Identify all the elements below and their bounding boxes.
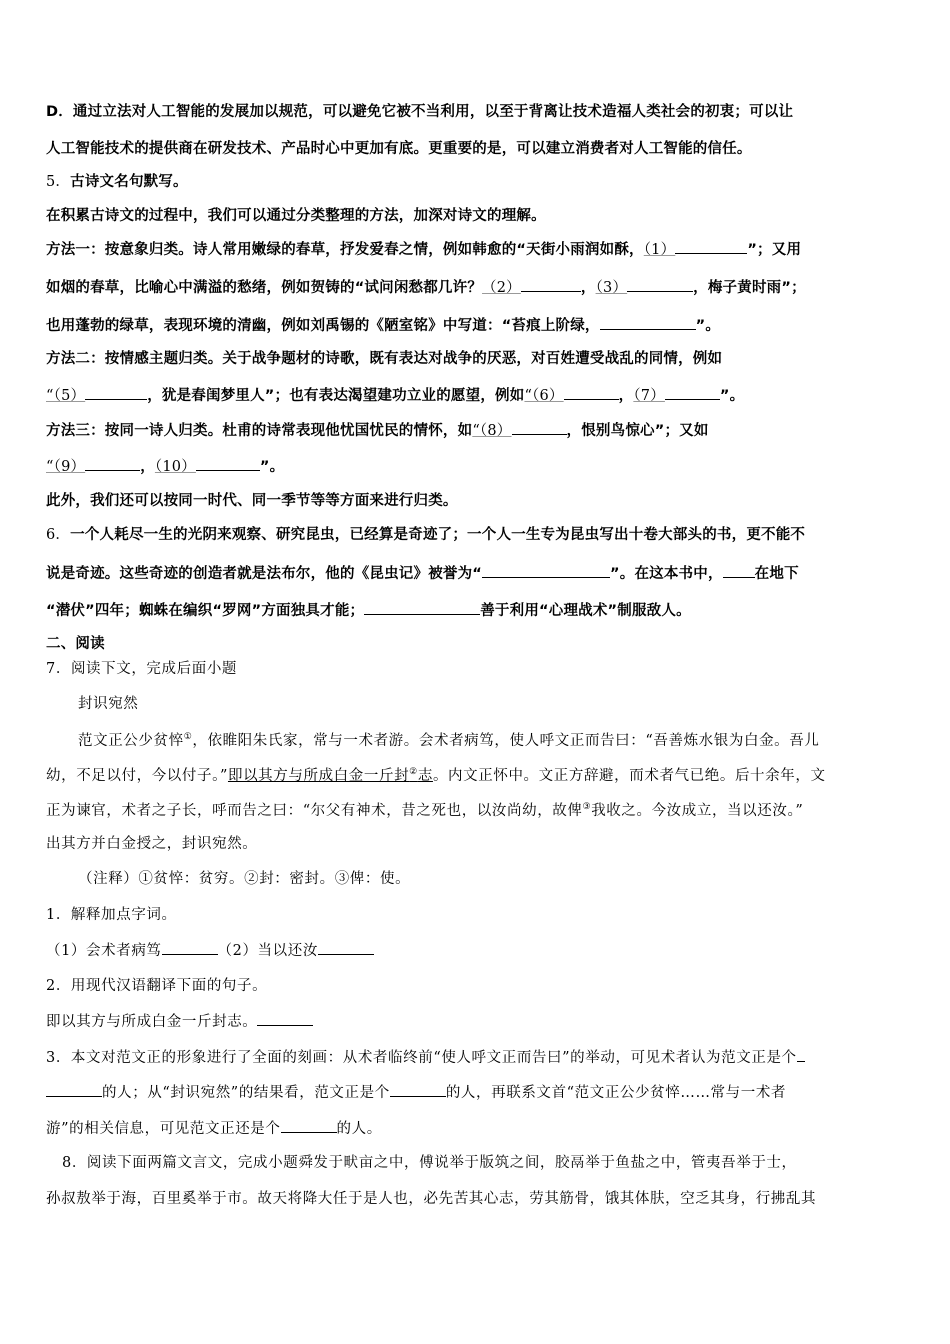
underlined-sentence: 即以其方与所成白金一斤封②志 bbox=[228, 768, 433, 784]
blank-8-label: “（8） bbox=[472, 423, 511, 439]
blank-2-label: （2） bbox=[482, 280, 521, 296]
blank-sub1-1[interactable] bbox=[162, 940, 218, 955]
blank-2[interactable] bbox=[521, 277, 581, 292]
sub-question-2-sentence: 即以其方与所成白金一斤封志。 bbox=[46, 1011, 313, 1032]
passage-line-1: 范文正公少贫悴①，依睢阳朱氏家，常与一术者游。会术者病笃，使人呼文正而告曰：“吾… bbox=[78, 727, 819, 751]
question-5-intro: 在积累古诗文的过程中，我们可以通过分类整理的方法，加深对诗文的理解。 bbox=[46, 206, 546, 226]
text: 。内文正怀中。文正方辞避，而术者气已绝。后十余年，文 bbox=[433, 768, 826, 784]
blank-9[interactable] bbox=[85, 456, 140, 471]
text: ”。 bbox=[696, 318, 720, 334]
method-3-line-2: “（9），（10）”。 bbox=[46, 456, 284, 477]
text: 志 bbox=[418, 768, 433, 784]
sub-question-1: 1．解释加点字词。 bbox=[46, 905, 177, 925]
text: ”。 bbox=[720, 388, 744, 404]
passage-line-4: 出其方并白金授之，封识宛然。 bbox=[46, 834, 257, 854]
text: ， bbox=[140, 459, 155, 475]
blank-9-label: “（9） bbox=[46, 459, 85, 475]
passage-line-3: 正为谏官，术者之子长，呼而告之曰：“尔父有神术，昔之死也，以汝尚幼，故俾③我收之… bbox=[46, 797, 803, 821]
text: ，梅子黄时雨”； bbox=[693, 280, 806, 296]
text: ， bbox=[581, 280, 596, 296]
question-5-title: 5．古诗文名句默写。 bbox=[46, 172, 188, 192]
text: 即以其方与所成白金一斤封 bbox=[228, 768, 409, 784]
blank-6-label: “（6） bbox=[524, 388, 563, 404]
text: 一个人耗尽一生的光阴来观察、研究昆虫，已经算是奇迹了；一个人一生专为昆虫写出十卷… bbox=[70, 527, 805, 543]
text: 即以其方与所成白金一斤封志。 bbox=[46, 1014, 257, 1030]
blank-1-label: （1） bbox=[644, 242, 676, 258]
blank-sub3-1[interactable] bbox=[46, 1082, 102, 1097]
text: 游”的相关信息，可见范文正还是个 bbox=[46, 1121, 281, 1137]
method-2-line-1: 方法二：按情感主题归类。关于战争题材的诗歌，既有表达对战争的厌恶，对百姓遭受战乱… bbox=[46, 349, 722, 369]
text: 方法三：按同一诗人归类。杜甫的诗常表现他忧国忧民的情怀，如 bbox=[46, 423, 472, 439]
text: 范文正公少贫悴 bbox=[78, 733, 184, 749]
sub-question-3-line-2: 的人；从“封识宛然”的结果看，范文正是个的人，再联系文首“范文正公少贫悴……常与… bbox=[46, 1082, 786, 1103]
passage-title: 封识宛然 bbox=[78, 694, 138, 714]
text: 的人。 bbox=[337, 1121, 382, 1137]
blank-3-label: （3） bbox=[596, 280, 628, 296]
method-1-line-2: 如烟的春草，比喻心中满溢的愁绪，例如贺铸的“试问闲愁都几许？（2），（3），梅子… bbox=[46, 277, 806, 298]
text: 幼，不足以付，今以付子。” bbox=[46, 768, 228, 784]
text: 3．本文对范文正的形象进行了全面的刻画：从术者临终前“使人呼文正而告曰”的举动，… bbox=[46, 1050, 797, 1066]
option-d-line-2: 人工智能技术的提供商在研发技术、产品时心中更加有底。更重要的是，可以建立消费者对… bbox=[46, 139, 752, 159]
blank-epithet[interactable] bbox=[482, 563, 610, 578]
question-6-line-2: 说是奇迹。这些奇迹的创造者就是法布尔，他的《昆虫记》被誉为“”。在这本书中，在地… bbox=[46, 563, 799, 584]
blank-sub3-1-start[interactable] bbox=[797, 1047, 805, 1062]
method-1-line-3: 也用蓬勃的绿草，表现环境的清幽，例如刘禹锡的《陋室铭》中写道：“苔痕上阶绿，”。 bbox=[46, 315, 720, 336]
text: 在地下 bbox=[755, 566, 799, 582]
text: 我收之。今汝成立，当以还汝。” bbox=[591, 803, 803, 819]
text: “潜伏”四年；蜘蛛在编织“罗网”方面独具才能； bbox=[46, 603, 364, 619]
question-title: 古诗文名句默写。 bbox=[70, 174, 188, 190]
blank-6[interactable] bbox=[564, 385, 619, 400]
blank-10-label: （10） bbox=[155, 459, 196, 475]
blank-3[interactable] bbox=[627, 277, 693, 292]
sub-question-3-line-3: 游”的相关信息，可见范文正还是个的人。 bbox=[46, 1118, 382, 1139]
blank-4[interactable] bbox=[600, 315, 696, 330]
passage-notes: （注释）①贫悴：贫穷。②封：密封。③俾：使。 bbox=[78, 869, 410, 889]
blank-7[interactable] bbox=[665, 385, 720, 400]
text: 如烟的春草，比喻心中满溢的愁绪，例如贺铸的“试问闲愁都几许？ bbox=[46, 280, 482, 296]
section-heading: 二、阅读 bbox=[46, 634, 105, 654]
text: 阅读下文，完成后面小题 bbox=[71, 661, 237, 677]
blank-sub3-3[interactable] bbox=[281, 1118, 337, 1133]
sub-question-2: 2．用现代汉语翻译下面的句子。 bbox=[46, 976, 267, 996]
text: 的人；从“封识宛然”的结果看，范文正是个 bbox=[102, 1085, 390, 1101]
blank-5[interactable] bbox=[85, 385, 147, 400]
sub-question-1-items: （1）会术者病笃（2）当以还汝 bbox=[46, 940, 374, 961]
exam-page: D．通过立法对人工智能的发展加以规范，可以避免它被不当利用，以至于背离让技术造福… bbox=[0, 0, 950, 1344]
question-number: 5． bbox=[46, 174, 70, 190]
footnote-marker: ② bbox=[409, 767, 418, 777]
method-1-line-1: 方法一：按意象归类。诗人常用嫩绿的春草，抒发爱春之情，例如韩愈的“天街小雨润如酥… bbox=[46, 239, 801, 260]
text: 也用蓬勃的绿草，表现环境的清幽，例如刘禹锡的《陋室铭》中写道：“苔痕上阶绿， bbox=[46, 318, 600, 334]
blank-translation[interactable] bbox=[257, 1011, 313, 1026]
text: ，依睢阳朱氏家，常与一术者游。会术者病笃，使人呼文正而告曰：“吾善炼水银为白金。… bbox=[192, 733, 819, 749]
blank-sub1-2[interactable] bbox=[318, 940, 374, 955]
blank-7-label: （7） bbox=[633, 388, 665, 404]
method-2-line-2: “（5），犹是春闺梦里人”；也有表达渴望建功立业的愿望，例如“（6），（7）”。 bbox=[46, 385, 744, 406]
question-8-line-2: 孙叔敖举于海，百里奚举于市。故天将降大任于是人也，必先苦其心志，劳其筋骨，饿其体… bbox=[46, 1189, 816, 1209]
question-7-prompt: 7．阅读下文，完成后面小题 bbox=[46, 659, 237, 679]
text: （2）当以还汝 bbox=[218, 943, 318, 959]
question-6-line-1: 6．一个人耗尽一生的光阴来观察、研究昆虫，已经算是奇迹了；一个人一生专为昆虫写出… bbox=[46, 525, 805, 545]
question-6-line-3: “潜伏”四年；蜘蛛在编织“罗网”方面独具才能；善于利用“心理战术”制服敌人。 bbox=[46, 600, 691, 621]
text: ”；又用 bbox=[747, 242, 801, 258]
question-8-line-1: 8．阅读下面两篇文言文，完成小题舜发于畎亩之中，傅说举于版筑之间，胶鬲举于鱼盐之… bbox=[62, 1153, 797, 1173]
blank-sub3-2[interactable] bbox=[390, 1082, 446, 1097]
text: （1）会术者病笃 bbox=[46, 943, 162, 959]
text: 说是奇迹。这些奇迹的创造者就是法布尔，他的《昆虫记》被誉为“ bbox=[46, 566, 482, 582]
text: 正为谏官，术者之子长，呼而告之曰：“尔父有神术，昔之死也，以汝尚幼，故俾 bbox=[46, 803, 583, 819]
question-number: 6． bbox=[46, 527, 70, 543]
blank-10[interactable] bbox=[196, 456, 260, 471]
blank-8[interactable] bbox=[512, 420, 567, 435]
blank-insect-1[interactable] bbox=[723, 563, 755, 578]
text: ”。 bbox=[260, 459, 284, 475]
sub-question-3-line-1: 3．本文对范文正的形象进行了全面的刻画：从术者临终前“使人呼文正而告曰”的举动，… bbox=[46, 1047, 805, 1068]
text: ，恨别鸟惊心”；又如 bbox=[567, 423, 709, 439]
option-d-line-1: D．通过立法对人工智能的发展加以规范，可以避免它被不当利用，以至于背离让技术造福… bbox=[46, 102, 793, 122]
method-3-line-1: 方法三：按同一诗人归类。杜甫的诗常表现他忧国忧民的情怀，如“（8），恨别鸟惊心”… bbox=[46, 420, 709, 441]
question-number: 7． bbox=[46, 661, 71, 677]
text: 的人，再联系文首“范文正公少贫悴……常与一术者 bbox=[446, 1085, 786, 1101]
question-5-closing: 此外，我们还可以按同一时代、同一季节等等方面来进行归类。 bbox=[46, 491, 458, 511]
text: ，犹是春闺梦里人”；也有表达渴望建功立业的愿望，例如 bbox=[147, 388, 524, 404]
blank-1[interactable] bbox=[675, 239, 747, 254]
blank-insect-2[interactable] bbox=[364, 600, 480, 615]
passage-line-2: 幼，不足以付，今以付子。”即以其方与所成白金一斤封②志。内文正怀中。文正方辞避，… bbox=[46, 762, 826, 786]
footnote-marker: ③ bbox=[583, 802, 592, 812]
text: 方法一：按意象归类。诗人常用嫩绿的春草，抒发爱春之情，例如韩愈的“天街小雨润如酥… bbox=[46, 242, 644, 258]
blank-5-label: “（5） bbox=[46, 388, 85, 404]
text: ”。在这本书中， bbox=[610, 566, 723, 582]
text: ， bbox=[619, 388, 634, 404]
text: 善于利用“心理战术”制服敌人。 bbox=[480, 603, 691, 619]
